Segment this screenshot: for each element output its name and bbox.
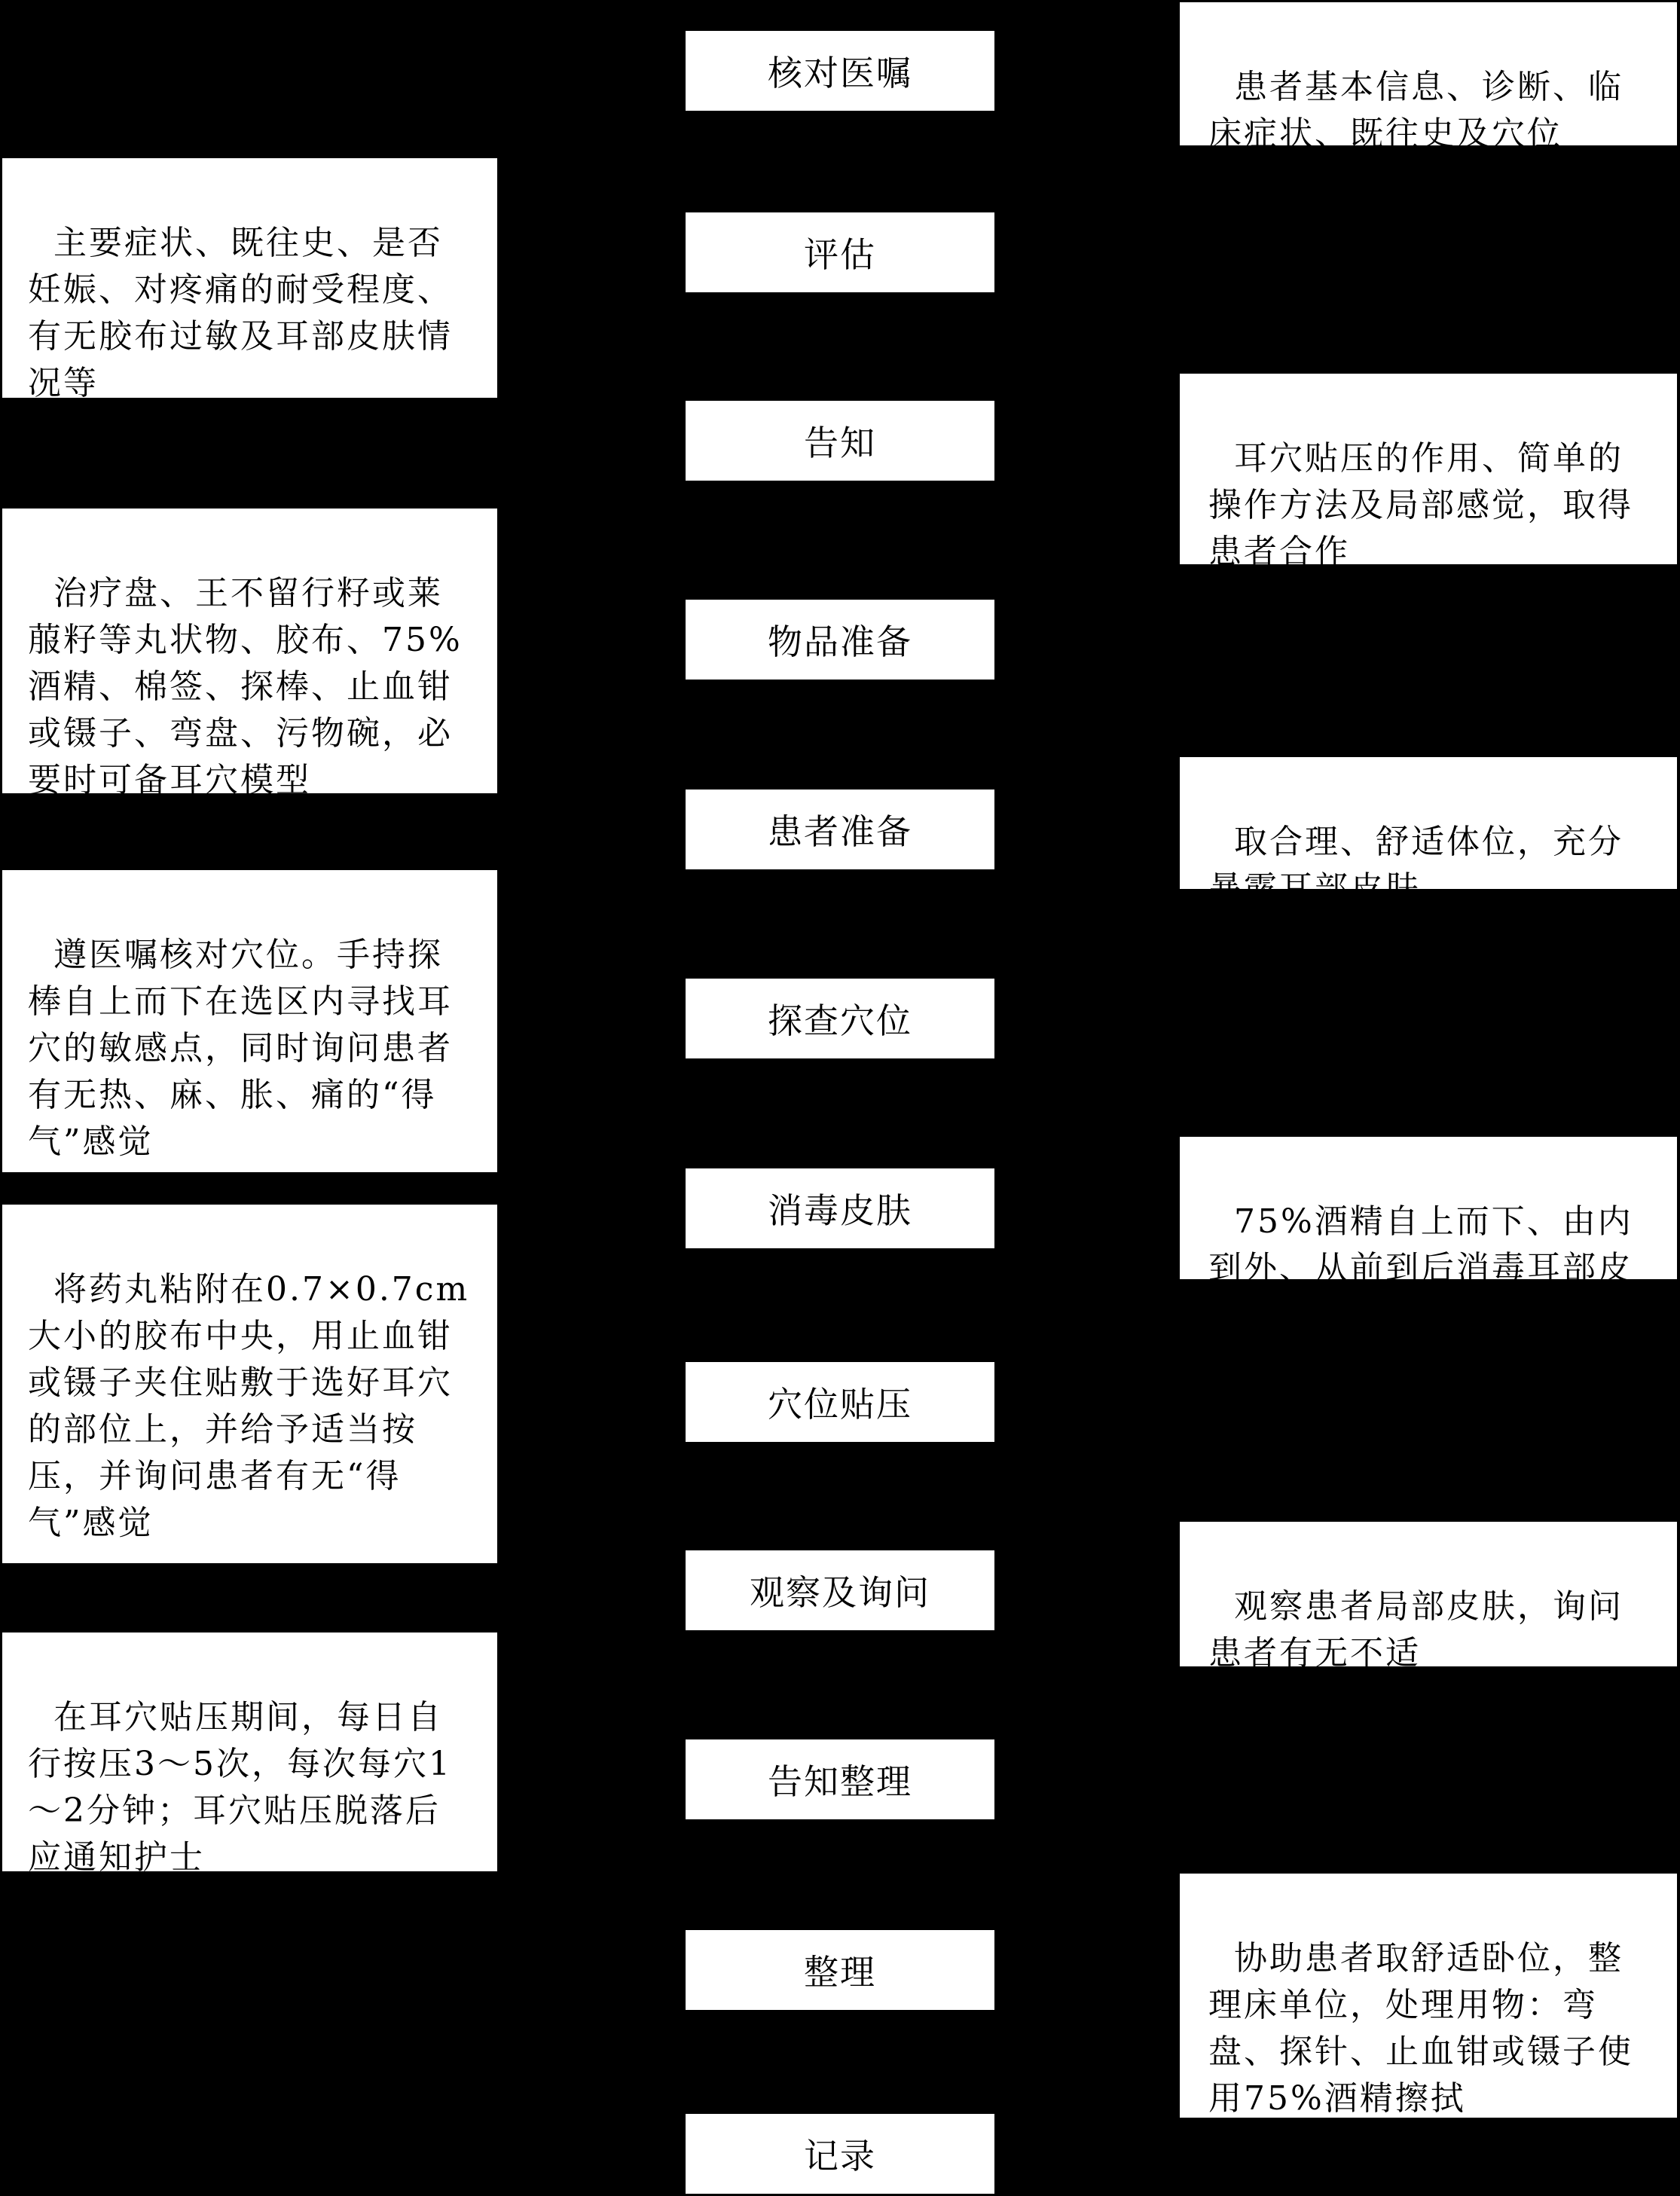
- note-press-acupoint: 将药丸粘附在0.7×0.7cm大小的胶布中央，用止血钳或镊子夹住贴敷于选好耳穴的…: [2, 1205, 497, 1563]
- note-text: 将药丸粘附在0.7×0.7cm大小的胶布中央，用止血钳或镊子夹住贴敷于选好耳穴的…: [28, 1270, 469, 1542]
- note-text: 主要症状、既往史、是否妊娠、对疼痛的耐受程度、有无胶布过敏及耳部皮肤情况等: [28, 224, 453, 402]
- step-prepare-items: 物品准备: [686, 600, 994, 680]
- step-inform-tidy: 告知整理: [686, 1739, 994, 1819]
- note-text: 在耳穴贴压期间，每日自行按压3～5次，每次每穴1～2分钟；耳穴贴压脱落后应通知护…: [28, 1698, 452, 1877]
- note-patient-position: 取合理、舒适体位，充分暴露耳部皮肤: [1180, 757, 1677, 889]
- step-label: 记录: [804, 2129, 876, 2179]
- step-record: 记录: [686, 2114, 994, 2194]
- note-text: 协助患者取舒适卧位，整理床单位，处理用物：弯盘、探针、止血钳或镊子使用75%酒精…: [1208, 1939, 1633, 2118]
- note-text: 耳穴贴压的作用、简单的操作方法及局部感觉，取得患者合作: [1208, 439, 1633, 571]
- note-disinfect: 75%酒精自上而下、由内到外、从前到后消毒耳部皮肤: [1180, 1137, 1677, 1279]
- note-verify-orders: 患者基本信息、诊断、临床症状、既往史及穴位: [1180, 2, 1677, 145]
- step-tidy: 整理: [686, 1930, 994, 2010]
- note-text: 患者基本信息、诊断、临床症状、既往史及穴位: [1208, 68, 1623, 153]
- note-text: 观察患者局部皮肤，询问患者有无不适: [1208, 1587, 1623, 1672]
- step-label: 观察及询问: [750, 1565, 930, 1615]
- step-label: 消毒皮肤: [768, 1184, 912, 1233]
- note-item-preparation: 治疗盘、王不留行籽或莱菔籽等丸状物、胶布、75%酒精、棉签、探棒、止血钳或镊子、…: [2, 509, 497, 793]
- note-assess-details: 主要症状、既往史、是否妊娠、对疼痛的耐受程度、有无胶布过敏及耳部皮肤情况等: [2, 158, 497, 398]
- step-disinfect-skin: 消毒皮肤: [686, 1168, 994, 1248]
- note-inform: 耳穴贴压的作用、简单的操作方法及局部感觉，取得患者合作: [1180, 374, 1677, 564]
- step-probe-acupoint: 探查穴位: [686, 979, 994, 1058]
- note-text: 遵医嘱核对穴位。手持探棒自上而下在选区内寻找耳穴的敏感点，同时询问患者有无热、麻…: [28, 936, 453, 1161]
- step-label: 告知: [804, 416, 876, 466]
- step-prepare-patient: 患者准备: [686, 790, 994, 869]
- step-label: 穴位贴压: [768, 1377, 912, 1427]
- step-label: 整理: [804, 1945, 876, 1995]
- note-probe-acupoint: 遵医嘱核对穴位。手持探棒自上而下在选区内寻找耳穴的敏感点，同时询问患者有无热、麻…: [2, 870, 497, 1172]
- note-tidy: 协助患者取舒适卧位，整理床单位，处理用物：弯盘、探针、止血钳或镊子使用75%酒精…: [1180, 1874, 1677, 2118]
- note-text: 75%酒精自上而下、由内到外、从前到后消毒耳部皮肤: [1208, 1202, 1633, 1334]
- step-label: 患者准备: [768, 805, 912, 854]
- step-observe-inquire: 观察及询问: [686, 1550, 994, 1630]
- step-assess: 评估: [686, 212, 994, 292]
- step-verify-orders: 核对医嘱: [686, 31, 994, 111]
- step-label: 物品准备: [768, 615, 912, 664]
- step-press-acupoint: 穴位贴压: [686, 1362, 994, 1442]
- note-text: 取合理、舒适体位，充分暴露耳部皮肤: [1208, 823, 1623, 908]
- step-label: 核对医嘱: [768, 46, 912, 96]
- note-text: 治疗盘、王不留行籽或莱菔籽等丸状物、胶布、75%酒精、棉签、探棒、止血钳或镊子、…: [28, 574, 463, 799]
- note-observe: 观察患者局部皮肤，询问患者有无不适: [1180, 1522, 1677, 1666]
- step-inform: 告知: [686, 401, 994, 481]
- step-label: 评估: [804, 228, 876, 277]
- step-label: 告知整理: [768, 1755, 912, 1804]
- step-label: 探查穴位: [768, 994, 912, 1043]
- note-self-press-instructions: 在耳穴贴压期间，每日自行按压3～5次，每次每穴1～2分钟；耳穴贴压脱落后应通知护…: [2, 1632, 497, 1871]
